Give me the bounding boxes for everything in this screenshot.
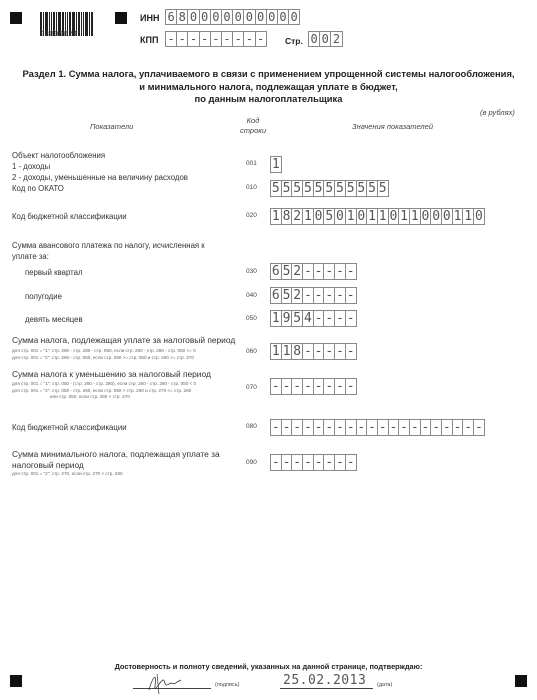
digit-cell[interactable]: 0 bbox=[473, 208, 485, 225]
row-090-field[interactable]: -------- bbox=[270, 454, 356, 471]
digit-cell[interactable]: 2 bbox=[330, 31, 342, 47]
row-020-field[interactable]: 18210501011011000110 bbox=[270, 208, 484, 225]
label-line: уплате за: bbox=[12, 251, 205, 262]
row-070-note: для стр. 001 = "1": стр. 050 - (стр. 260… bbox=[12, 381, 196, 401]
section-title-line: Раздел 1. Сумма налога, уплачиваемого в … bbox=[0, 68, 537, 81]
signature-label: (подпись) bbox=[215, 682, 239, 688]
row-030-field[interactable]: 652----- bbox=[270, 263, 356, 280]
row-020-label: Код бюджетной классификации bbox=[12, 211, 127, 222]
digit-cell[interactable]: - bbox=[345, 378, 357, 395]
row-070-label: Сумма налога к уменьшению за налоговый п… bbox=[12, 369, 211, 380]
row-070-code: 070 bbox=[246, 384, 257, 391]
row-090-code: 090 bbox=[246, 459, 257, 466]
row-060-label: Сумма налога, подлежащая уплате за налог… bbox=[12, 335, 235, 346]
label-line: Сумма минимального налога, подлежащая уп… bbox=[12, 449, 220, 460]
digit-cell[interactable]: 1 bbox=[270, 156, 282, 173]
confirmation-text: Достоверность и полноту сведений, указан… bbox=[0, 662, 537, 671]
note-line: для стр. 001 = "2": стр. 260 - стр. 050,… bbox=[12, 355, 196, 362]
section-title-line: и минимального налога, подлежащая уплате… bbox=[0, 81, 537, 94]
date-line bbox=[280, 688, 373, 689]
col-code-line: строки bbox=[238, 126, 268, 136]
row-001-code: 001 bbox=[246, 160, 257, 167]
column-header-code: Код строки bbox=[238, 116, 268, 136]
row-020-code: 020 bbox=[246, 212, 257, 219]
advance-payment-label: Сумма авансового платежа по налогу, исчи… bbox=[12, 240, 205, 262]
units-note: (в рублях) bbox=[480, 108, 515, 118]
digit-cell[interactable]: 0 bbox=[288, 9, 300, 25]
corner-marker bbox=[515, 675, 527, 687]
col-code-line: Код bbox=[238, 116, 268, 126]
row-060-code: 060 bbox=[246, 348, 257, 355]
barcode-bar bbox=[85, 12, 88, 36]
row-090-note: для стр. 001 = "2": стр. 270, если стр. … bbox=[12, 471, 123, 478]
signature-icon bbox=[145, 668, 185, 698]
label-line: 1 - доходы bbox=[12, 161, 188, 172]
digit-cell[interactable]: 5 bbox=[377, 180, 389, 197]
row-030-label: первый квартал bbox=[25, 267, 83, 278]
row-060-note: для стр. 001 = "1": стр. 260 - стр. 280 … bbox=[12, 348, 196, 361]
column-header-values: Значения показателей bbox=[352, 122, 433, 132]
row-040-label: полугодие bbox=[25, 291, 62, 302]
date-field[interactable]: 25.02.2013 bbox=[283, 673, 366, 688]
row-070-field[interactable]: -------- bbox=[270, 378, 356, 395]
barcode-bar bbox=[91, 12, 93, 36]
kpp-label: КПП bbox=[140, 35, 158, 45]
row-010-field[interactable]: 55555555555 bbox=[270, 180, 388, 197]
barcode-number: 03009024 bbox=[40, 31, 78, 39]
digit-cell[interactable]: - bbox=[345, 263, 357, 280]
corner-marker bbox=[10, 12, 22, 24]
row-080-code: 080 bbox=[246, 423, 257, 430]
row-080-field[interactable]: -------------------- bbox=[270, 419, 484, 436]
digit-cell[interactable]: - bbox=[345, 343, 357, 360]
row-050-label: девять месяцев bbox=[25, 314, 83, 325]
label-line: налоговый период bbox=[12, 460, 220, 471]
note-line: или стр. 050, если стр. 260 < стр. 270 bbox=[12, 394, 196, 401]
barcode-bar bbox=[83, 12, 84, 36]
inn-label: ИНН bbox=[140, 13, 159, 23]
row-090-label: Сумма минимального налога, подлежащая уп… bbox=[12, 449, 220, 471]
inn-field[interactable]: 680000000000 bbox=[165, 9, 299, 25]
barcode-bar bbox=[78, 12, 80, 36]
row-030-code: 030 bbox=[246, 268, 257, 275]
section-title: Раздел 1. Сумма налога, уплачиваемого в … bbox=[0, 68, 537, 106]
digit-cell[interactable]: - bbox=[255, 31, 267, 47]
page-number-field[interactable]: 002 bbox=[308, 31, 342, 47]
page-label: Стр. bbox=[285, 36, 303, 46]
label-line: Сумма авансового платежа по налогу, исчи… bbox=[12, 240, 205, 251]
kpp-field[interactable]: --------- bbox=[165, 31, 266, 47]
row-060-field[interactable]: 118----- bbox=[270, 343, 356, 360]
digit-cell[interactable]: - bbox=[345, 287, 357, 304]
row-001-field[interactable]: 1 bbox=[270, 156, 281, 173]
label-line: Объект налогообложения bbox=[12, 150, 188, 161]
label-line: 2 - доходы, уменьшенные на величину расх… bbox=[12, 172, 188, 183]
digit-cell[interactable]: - bbox=[345, 454, 357, 471]
section-title-line: по данным налогоплательщика bbox=[0, 93, 537, 106]
digit-cell[interactable]: - bbox=[473, 419, 485, 436]
digit-cell[interactable]: - bbox=[345, 310, 357, 327]
row-080-label: Код бюджетной классификации bbox=[12, 422, 127, 433]
note-line: для стр. 001 = "1": стр. 260 - стр. 280 … bbox=[12, 348, 196, 355]
note-line: для стр. 001 = "1": стр. 050 - (стр. 260… bbox=[12, 381, 196, 388]
row-050-field[interactable]: 1954---- bbox=[270, 310, 356, 327]
row-040-code: 040 bbox=[246, 292, 257, 299]
column-header-indicators: Показатели bbox=[90, 122, 133, 132]
row-010-label: Код по ОКАТО bbox=[12, 183, 64, 194]
row-001-label: Объект налогообложения 1 - доходы 2 - до… bbox=[12, 150, 188, 183]
date-label: (дата) bbox=[377, 682, 392, 688]
barcode-bar bbox=[81, 12, 82, 36]
row-040-field[interactable]: 652----- bbox=[270, 287, 356, 304]
row-010-code: 010 bbox=[246, 184, 257, 191]
corner-marker bbox=[10, 675, 22, 687]
row-050-code: 050 bbox=[246, 315, 257, 322]
barcode-bar bbox=[89, 12, 90, 36]
corner-marker bbox=[115, 12, 127, 24]
